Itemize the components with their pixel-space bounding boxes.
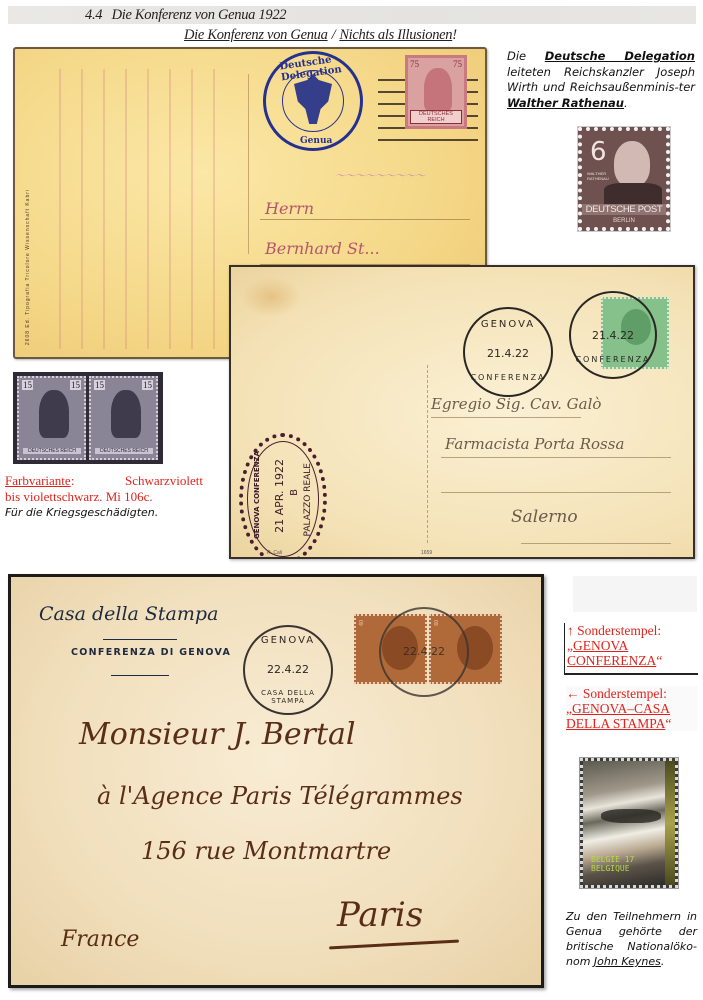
- address-line-4: Paris: [337, 895, 423, 935]
- postmark-genova-conferenza: GENOVA 21.4.22 CONFERENZA: [463, 307, 553, 397]
- address-line-2: Farmacista Porta Rossa: [445, 435, 624, 453]
- stamp-value: 60: [359, 620, 365, 626]
- address-rule: [521, 543, 671, 544]
- postmark-top-text: GENOVA: [245, 635, 331, 646]
- subtitle-exclamation: !: [452, 27, 457, 43]
- handwritten-message: [45, 69, 235, 349]
- letterhead-rule: [111, 675, 169, 676]
- postcard-divider: [427, 365, 428, 543]
- link-john-keynes[interactable]: John Keynes: [594, 955, 661, 968]
- letterhead-rule: [103, 639, 177, 640]
- postmark-bottom-text: CONFERENZA: [571, 355, 655, 364]
- link-genova-conferenza[interactable]: GENOVA: [573, 638, 628, 653]
- postmark-bottom-text: CONFERENZA: [465, 373, 551, 382]
- farbvariante-label: Farbvariante: [5, 473, 71, 488]
- postmark-bottom-text: CASA DELLA STAMPA: [245, 689, 331, 705]
- arrow-left-icon: ←: [566, 686, 580, 701]
- address-line-3: 156 rue Montmartre: [141, 837, 391, 865]
- seal-bottom-text: Genua: [300, 136, 332, 146]
- envelope-letterhead: Casa della Stampa: [39, 603, 218, 625]
- postmark-on-stamp: 21.4.22 CONFERENZA: [569, 291, 657, 379]
- address-line-1: Herrn: [265, 199, 314, 218]
- address-country: France: [61, 927, 139, 952]
- germania-stamp-pair: 15 15 DEUTSCHES REICH 15 15 DEUTSCHES RE…: [13, 372, 163, 464]
- delegation-seal: Deutsche Delegation Genua: [263, 51, 363, 151]
- farbvariante-detail: bis violettschwarz. Mi 106c.: [5, 489, 203, 505]
- envelope-casa-della-stampa: Casa della Stampa CONFERENZA DI GENOVA G…: [8, 574, 544, 988]
- note-middle: leiteten Reichskanzler Joseph Wirth und …: [507, 65, 695, 95]
- color-variant-note: Farbvariante: Schwarzviolett bis violett…: [5, 473, 203, 521]
- stamp-country-label: DEUTSCHES REICH: [95, 448, 153, 454]
- germania-figure-icon: [39, 390, 69, 438]
- subtitle-links: Die Konferenz von Genua/Nichts als Illus…: [184, 27, 457, 44]
- keynes-belgium-stamp: BELGIE 17BELGIQUE: [580, 758, 678, 888]
- printer-name: R. Cali: [267, 550, 282, 556]
- address-line-1: Egregio Sig. Cav. Galò: [431, 395, 601, 413]
- germania-figure-icon: [111, 390, 141, 438]
- envelope-subtitle: CONFERENZA DI GENOVA: [71, 647, 231, 658]
- card-code: 1659: [421, 550, 432, 556]
- address-line-1: Monsieur J. Bertal: [79, 717, 356, 752]
- address-rule: [441, 457, 671, 458]
- stamp-country-label: DEUTSCHES REICH: [23, 448, 81, 454]
- portrait-body: [604, 183, 662, 205]
- sonderstempel-note-1: ↑ Sonderstempel: „GENOVA CONFERENZA“: [564, 623, 698, 675]
- postmark-date: 22.4.22: [245, 663, 331, 676]
- note-suffix: .: [624, 96, 628, 110]
- link-konferenz-von-genua[interactable]: Die Konferenz von Genua: [184, 27, 328, 43]
- address-line-rule: [260, 219, 470, 220]
- stamp-value-right: 75: [453, 59, 462, 69]
- postcard-genova-conferenza: GENOVA 21.4.22 CONFERENZA 21.4.22 CONFER…: [229, 265, 695, 559]
- stamp-value-left: 75: [410, 59, 419, 69]
- arrow-up-icon: ↑: [567, 623, 574, 638]
- portrait-eyes-icon: [601, 809, 661, 823]
- rathenau-stamp: 6 WALTHERRATHENAU DEUTSCHE POST BERLIN: [578, 127, 670, 231]
- keynes-note: Zu den Teilnehmern in Genua gehörte der …: [566, 909, 697, 969]
- stamp-region: BERLIN: [582, 218, 666, 224]
- address-rule: [431, 417, 581, 418]
- paper-stain: [241, 277, 301, 317]
- link-genova-casa[interactable]: GENOVA–CASA: [572, 701, 670, 716]
- stamp-country-text: BELGIE 17BELGIQUE: [591, 855, 634, 873]
- link-nichts-als-illusionen[interactable]: Nichts als Illusionen: [339, 27, 452, 43]
- postmark-date: 21.4.22: [465, 347, 551, 360]
- gold-strip: [665, 761, 675, 885]
- sonderstempel-note-2: ← Sonderstempel: „GENOVA–CASA DELLA STAM…: [566, 686, 698, 731]
- postmark-date: 21.4.22: [571, 329, 655, 342]
- germania-figure-icon: [424, 68, 452, 112]
- address-line-2: Bernhard St...: [265, 239, 380, 258]
- address-line-3: Salerno: [511, 507, 578, 527]
- section-title-text: Die Konferenz von Genua 1922: [112, 7, 287, 23]
- link-separator: /: [332, 27, 336, 43]
- link-deutsche-delegation[interactable]: Deutsche Delegation: [545, 49, 695, 63]
- underline-stroke: [329, 940, 459, 950]
- address-rule: [441, 492, 671, 493]
- stamp-portrait-name: WALTHERRATHENAU: [587, 171, 609, 181]
- oval-title: GENOVA CONFERENZA: [253, 451, 261, 539]
- oval-palazzo: PALAZZO REALE: [303, 463, 313, 536]
- stamp-country-label: DEUTSCHES REICH: [410, 110, 462, 124]
- postmark-casa-della-stampa: GENOVA 22.4.22 CASA DELLA STAMPA: [243, 625, 333, 715]
- printer-imprint: 2608 Ed. Tipografia Tricolore Wissenscha…: [25, 189, 31, 345]
- portrait-icon: [614, 141, 650, 187]
- address-line-2: à l'Agence Paris Télégrammes: [97, 782, 463, 810]
- germania-stamp-15: 15 15 DEUTSCHES REICH: [89, 376, 158, 460]
- kriegsgeschaedigten-note: Für die Kriegsgeschädigten.: [5, 505, 203, 521]
- note-prefix: Die: [507, 49, 526, 63]
- section-title: 4.4 Die Konferenz von Genua 1922: [85, 7, 286, 24]
- violet-handstamp: ～～～～～～～～～: [335, 167, 425, 182]
- stamp-value: 6: [590, 137, 607, 167]
- oval-date: 21 APR. 1922: [273, 459, 286, 533]
- oval-palazzo-reale-stamp: GENOVA CONFERENZA 21 APR. 1922 B PALAZZO…: [239, 433, 327, 559]
- postcard-divider: [248, 74, 249, 254]
- postmark-date: 22.4.22: [381, 645, 467, 658]
- delegation-note: Die Deutsche Delegation leiteten Reichsk…: [507, 49, 695, 111]
- postmark-on-stamps: 22.4.22: [379, 607, 469, 697]
- germania-stamp-15: 15 15 DEUTSCHES REICH: [17, 376, 86, 460]
- germania-stamp-75: 75 75 DEUTSCHES REICH: [405, 55, 467, 129]
- oval-letter: B: [289, 489, 300, 496]
- link-walther-rathenau[interactable]: Walther Rathenau: [507, 96, 624, 110]
- farbvariante-color: Schwarzviolett: [125, 473, 203, 489]
- stamp-country: DEUTSCHE POST: [582, 204, 666, 215]
- section-number: 4.4: [85, 7, 102, 23]
- blank-panel: [573, 576, 697, 612]
- postmark-top-text: GENOVA: [465, 319, 551, 330]
